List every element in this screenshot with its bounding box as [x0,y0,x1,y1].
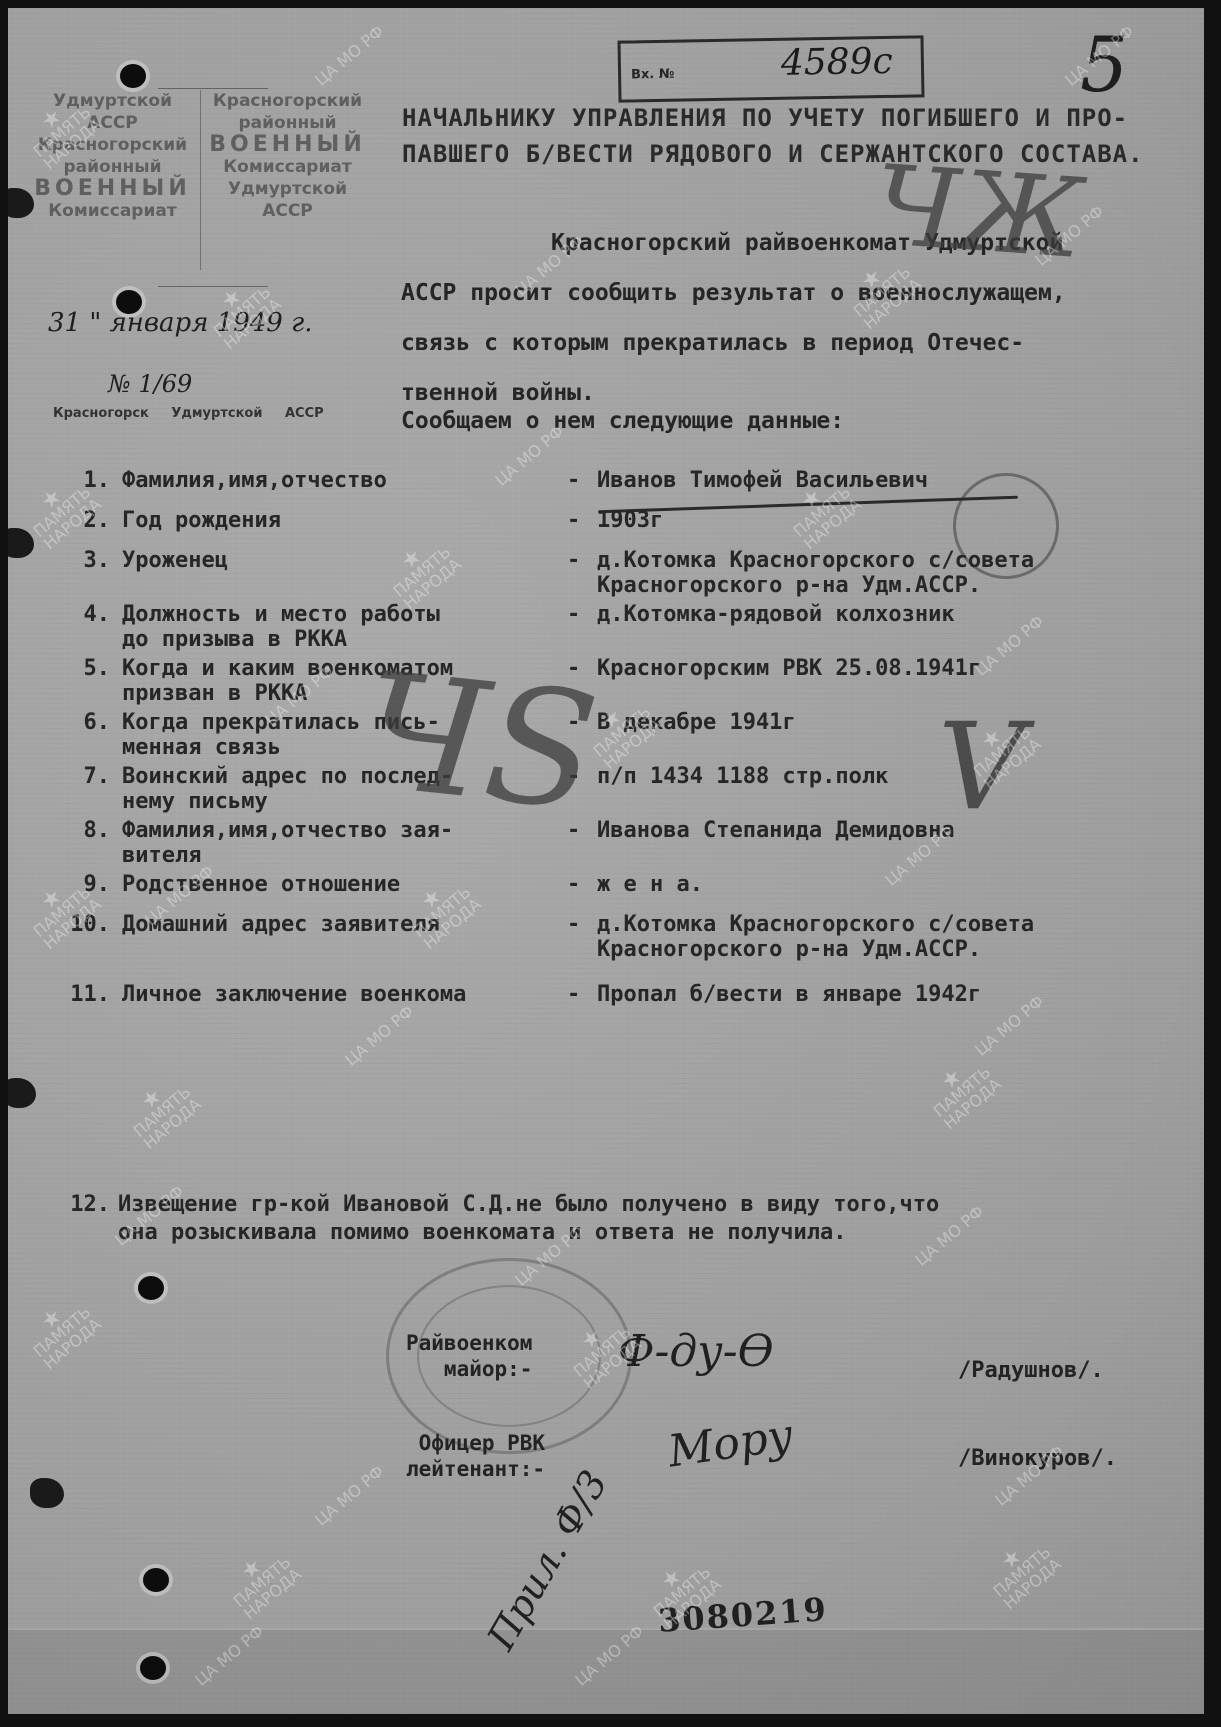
stamp-line: Удмуртской [30,90,195,112]
star-icon: ★ [21,1292,84,1348]
inbox-stamp-value: 4589с [781,41,893,84]
item-number: 9. [62,872,110,897]
star-icon: ★ [121,1072,184,1128]
stamp-line: АССР [205,200,370,222]
stamp-right-column: Красногорский районный ВОЕННЫЙ Комиссари… [205,90,370,222]
memory-of-people-watermark: ★ПАМЯТЬ НАРОДА [921,1052,1004,1133]
item-question: Личное заключение военкома [122,982,592,1007]
item-number: 3. [62,548,110,573]
item-number: 2. [62,508,110,533]
item-separator: - [567,508,580,533]
item-separator: - [567,548,580,573]
stamp-left-column: Удмуртской АССР Красногорский районный В… [30,90,195,222]
punch-hole [138,1276,164,1300]
punch-hole [120,64,146,88]
document-date: 31 " января 1949 г. [48,308,313,338]
watermark-text: ЦА МО РФ [311,1462,387,1530]
officer-title: Офицер РВК лейтенант:- [406,1430,545,1482]
outgoing-place: Красногорск Удмуртской АССР [53,406,324,421]
star-icon: ★ [921,1052,984,1108]
archive-watermark: ЦА МО РФ [313,23,387,89]
item-answer: д.Котомка Красногорского с/совета Красно… [597,912,1177,962]
paper-tear [8,528,34,558]
stamp-rule [158,88,268,89]
item-number: 7. [62,764,110,789]
stamp-line: АССР [30,112,195,134]
data-intro: Сообщаем о нем следующие данные: [401,408,844,434]
punch-hole [140,1656,166,1680]
item-answer: Красногорским РВК 25.08.1941г [597,656,1177,681]
officer-signature: Мору [665,1410,796,1478]
item-question: Год рождения [122,508,592,533]
stamp-line: Комиссариат [205,156,370,178]
paper-tear [30,1478,64,1508]
item-question: Уроженец [122,548,592,573]
item-separator: - [567,872,580,897]
item-question: Домашний адрес заявителя [122,912,592,937]
item-answer: ж е н а. [597,872,1177,897]
item-number: 11. [62,982,110,1007]
memory-of-people-watermark: ★ПАМЯТЬ НАРОДА [121,1072,204,1153]
paper-fold [8,1628,1204,1714]
item-number: 6. [62,710,110,735]
archive-watermark: ЦА МО РФ [343,1003,417,1069]
item-number: 4. [62,602,110,627]
item-number: 10. [62,912,110,937]
item-separator: - [567,602,580,627]
item-number: 1. [62,468,110,493]
paragraph-line: связь с которым прекратилась в период От… [401,318,1201,368]
stamp-rule [158,286,268,287]
punch-hole [143,1568,169,1592]
commissar-name: /Радушнов/. [958,1358,1104,1383]
outgoing-number: № 1/69 [108,370,192,398]
memory-of-people-watermark: ★ПАМЯТЬ НАРОДА [221,1542,304,1623]
memory-of-people-watermark: ★ПАМЯТЬ НАРОДА [981,1532,1064,1613]
item-answer: 1903г [597,508,1177,533]
stamp-line: ВОЕННЫЙ [30,178,195,200]
document-page: Удмуртской АССР Красногорский районный В… [8,8,1204,1714]
pencil-mark: ЧS [354,636,606,846]
watermark-text: ЦА МО РФ [311,22,387,90]
item-answer: Пропал б/вести в январе 1942г [597,982,1177,1007]
item-number: 5. [62,656,110,681]
item-question: Должность и место работы до призыва в РК… [122,602,592,652]
military-commissariat-stamp: Удмуртской АССР Красногорский районный В… [30,90,370,280]
stamp-line: Красногорский [205,90,370,112]
item-question: Фамилия,имя,отчество [122,468,592,493]
item-separator: - [567,468,580,493]
watermark-text: ПАМЯТЬ НАРОДА [30,1302,105,1373]
inbox-stamp: Вх. № 4589с [617,35,924,102]
stamp-line: ВОЕННЫЙ [205,134,370,156]
stamp-divider [200,90,201,270]
star-icon: ★ [221,1542,284,1598]
memory-of-people-watermark: ★ПАМЯТЬ НАРОДА [21,1292,104,1373]
officer-name: /Винокуров/. [958,1446,1117,1471]
archive-watermark: ЦА МО РФ [313,1463,387,1529]
item-answer: В декабре 1941г [597,710,1177,735]
item-answer: д.Котомка-рядовой колхозник [597,602,1177,627]
paper-tear [8,1078,36,1108]
stamp-line: Красногорский [30,134,195,156]
questionnaire-item-12: 12.Извещение гр-кой Ивановой С.Д.не было… [62,1191,939,1247]
item-question: Родственное отношение [122,872,592,897]
item-separator: - [567,982,580,1007]
item-number: 8. [62,818,110,843]
item-answer: д.Котомка Красногорского с/совета Красно… [597,548,1177,598]
stamp-line: Удмуртской [205,178,370,200]
item-number: 12. [62,1191,110,1219]
paragraph-line: АССР просит сообщить результат о военнос… [401,268,1201,318]
commissar-title: Райвоенком майор:- [406,1330,532,1382]
check-mark: V [938,698,1025,837]
watermark-text: ЦА МО РФ [341,1002,417,1070]
item-answer: Иванов Тимофей Васильевич [597,468,1177,493]
inbox-stamp-label: Вх. № [631,67,675,83]
item-text: Извещение гр-кой Ивановой С.Д.не было по… [110,1191,939,1247]
item-separator: - [567,912,580,937]
stamp-line: районный [30,156,195,178]
page-number: 5 [1080,20,1128,109]
item-answer: Иванова Степанида Демидовна [597,818,1177,843]
star-icon: ★ [981,1532,1044,1588]
watermark-text: ПАМЯТЬ НАРОДА [130,1082,205,1153]
item-answer: п/п 1434 1188 стр.полк [597,764,1177,789]
request-paragraph: Красногорский райвоенкомат Удмуртской АС… [401,218,1201,418]
watermark-text: ПАМЯТЬ НАРОДА [990,1542,1065,1613]
commissar-signature: Ф‑ду‑Ө [618,1326,774,1377]
stamp-line: районный [205,112,370,134]
stamp-line: Комиссариат [30,200,195,222]
watermark-text: ПАМЯТЬ НАРОДА [930,1062,1005,1133]
watermark-text: ПАМЯТЬ НАРОДА [230,1552,305,1623]
pencil-mark: ЧЖ [870,141,1087,283]
